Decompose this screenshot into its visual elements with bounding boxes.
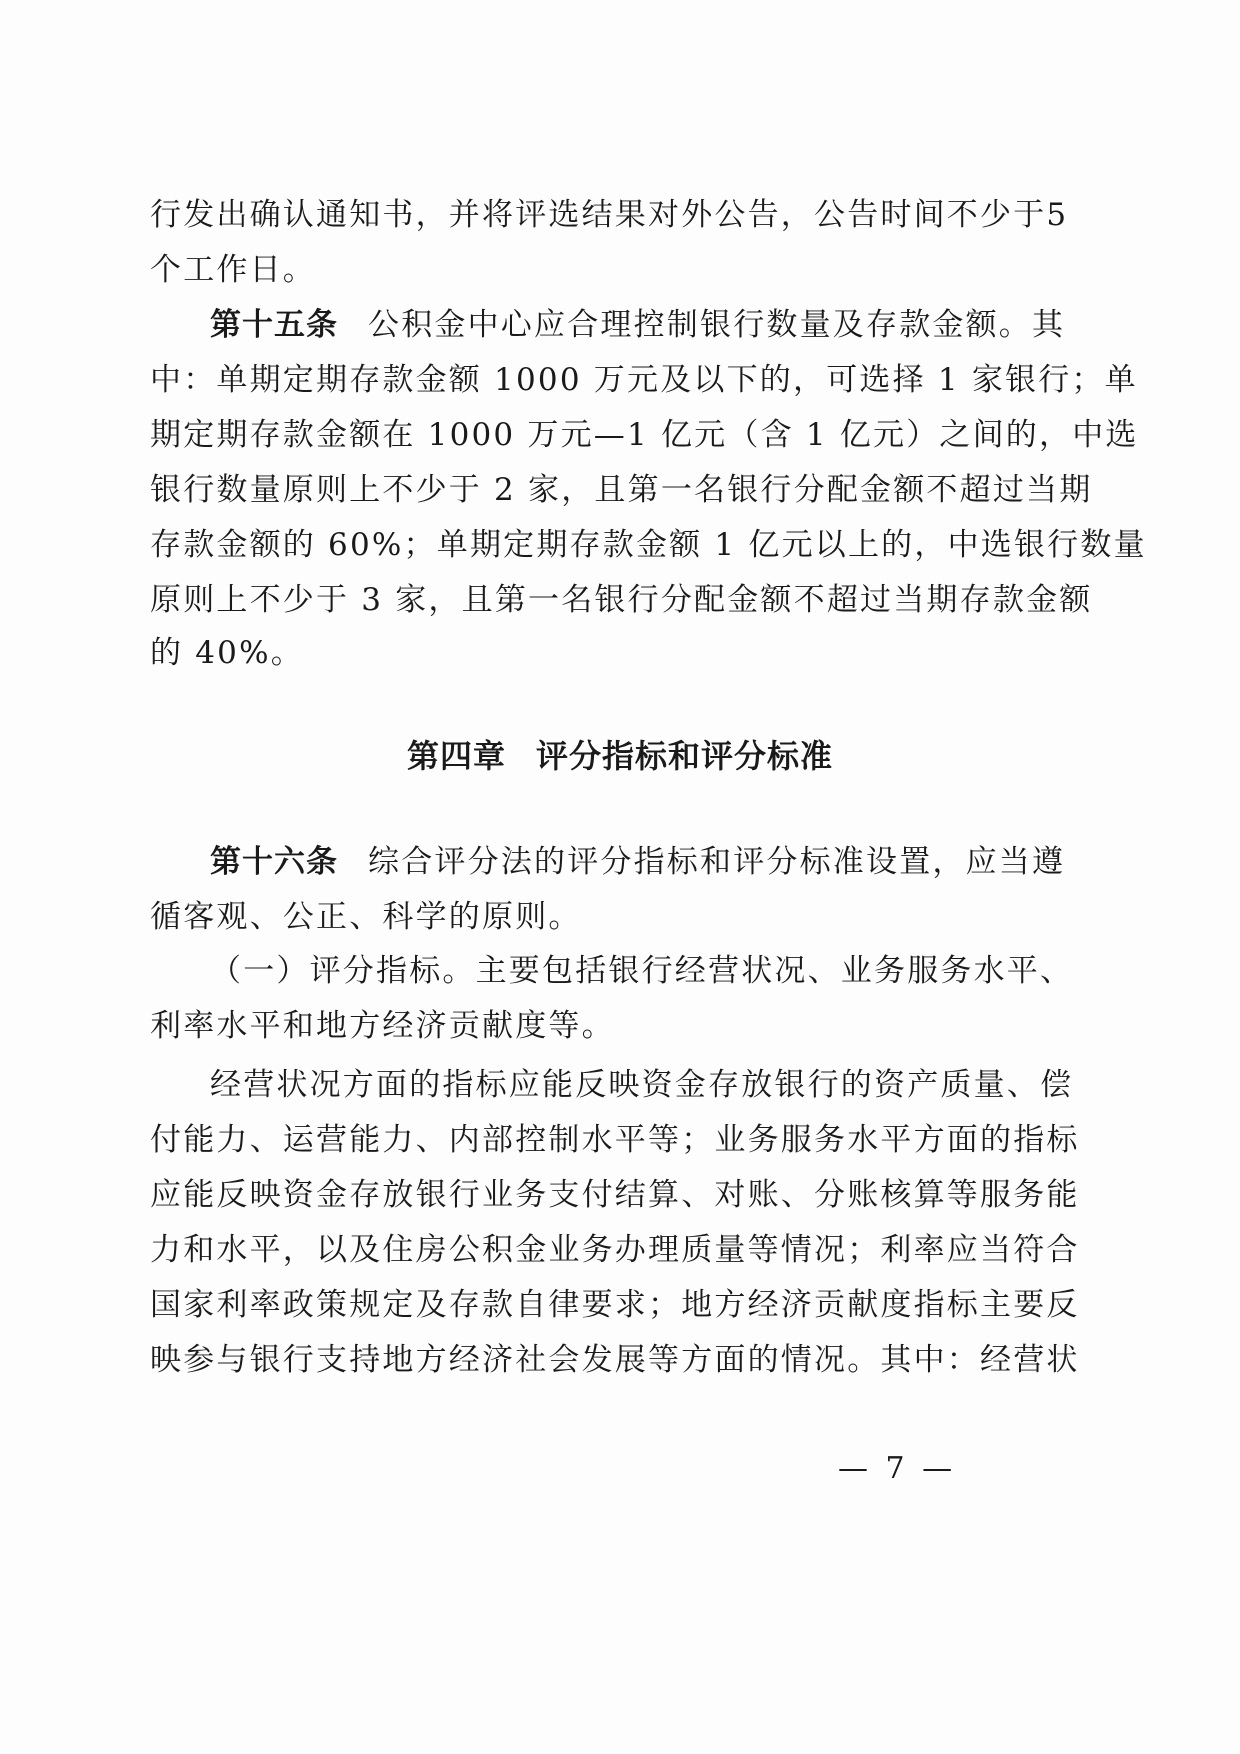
text-line: 应能反映资金存放银行业务支付结算、对账、分账核算等服务能 xyxy=(150,1175,976,1215)
article-16-text: 综合评分法的评分指标和评分标准设置，应当遵 xyxy=(368,844,1065,880)
text-line: 中：单期定期存款金额 1000 万元及以下的，可选择 1 家银行；单 xyxy=(150,360,976,400)
article-16-first-line: 第十六条综合评分法的评分指标和评分标准设置，应当遵 xyxy=(210,842,976,882)
article-15-label: 第十五条 xyxy=(210,307,338,343)
text-line: 利率水平和地方经济贡献度等。 xyxy=(150,1006,976,1046)
text-line: 的 40%。 xyxy=(150,633,976,673)
text-line: 存款金额的 60%；单期定期存款金额 1 亿元以上的，中选银行数量 xyxy=(150,525,976,565)
page-number: — 7 — xyxy=(838,1449,956,1489)
text-line: 期定期存款金额在 1000 万元—1 亿元（含 1 亿元）之间的，中选 xyxy=(150,415,976,455)
chapter-number: 第四章 xyxy=(407,737,506,775)
text-line: 个工作日。 xyxy=(150,250,976,290)
business-para-first-line: 经营状况方面的指标应能反映资金存放银行的资产质量、偿 xyxy=(210,1065,976,1105)
chapter-heading: 第四章评分指标和评分标准 xyxy=(0,736,1240,776)
text-line: 循客观、公正、科学的原则。 xyxy=(150,897,976,937)
text-line: 映参与银行支持地方经济社会发展等方面的情况。其中：经营状 xyxy=(150,1340,976,1380)
document-page: 行发出确认通知书，并将评选结果对外公告，公告时间不少于5 个工作日。 第十五条公… xyxy=(0,0,1240,1754)
text-line: 国家利率政策规定及存款自律要求；地方经济贡献度指标主要反 xyxy=(150,1285,976,1325)
text-line: 付能力、运营能力、内部控制水平等；业务服务水平方面的指标 xyxy=(150,1120,976,1160)
article-15-text: 公积金中心应合理控制银行数量及存款金额。其 xyxy=(368,307,1065,343)
text-line: 行发出确认通知书，并将评选结果对外公告，公告时间不少于5 xyxy=(150,195,976,235)
chapter-title: 评分指标和评分标准 xyxy=(536,737,833,775)
item-1-first-line: （一）评分指标。主要包括银行经营状况、业务服务水平、 xyxy=(210,951,976,991)
article-15-first-line: 第十五条公积金中心应合理控制银行数量及存款金额。其 xyxy=(210,305,976,345)
article-16-label: 第十六条 xyxy=(210,844,338,880)
text-line: 力和水平，以及住房公积金业务办理质量等情况；利率应当符合 xyxy=(150,1230,976,1270)
text-line: 原则上不少于 3 家，且第一名银行分配金额不超过当期存款金额 xyxy=(150,580,976,620)
text-line: 银行数量原则上不少于 2 家，且第一名银行分配金额不超过当期 xyxy=(150,470,976,510)
